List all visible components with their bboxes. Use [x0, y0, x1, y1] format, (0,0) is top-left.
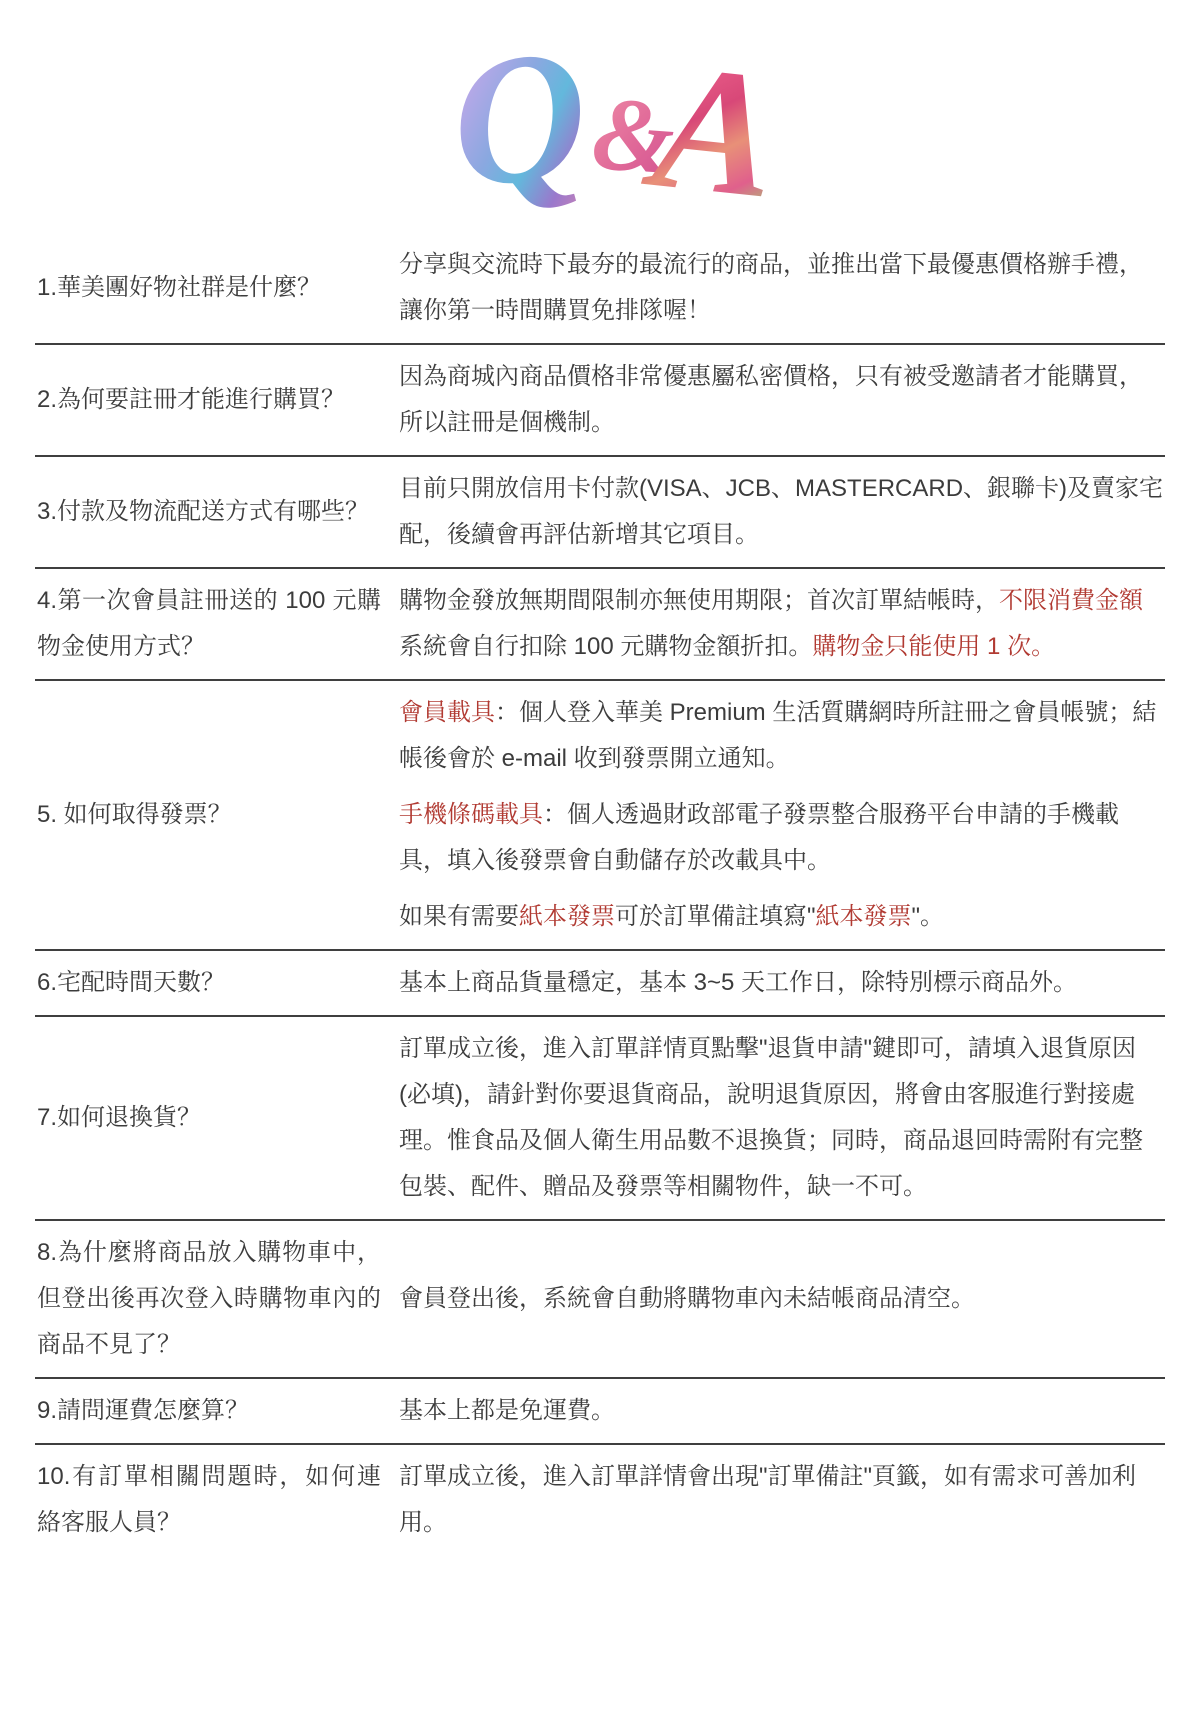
answer-text: ：個人登入華美 Premium 生活質購網時所註冊之會員帳號；結帳後會於 e-m… — [399, 699, 1156, 772]
faq-page: Q & A 1.華美團好物社群是什麼？分享與交流時下最夯的最流行的商品，並推出當… — [0, 0, 1200, 1732]
answer-red-text: 購物金只能使用 1 次。 — [812, 633, 1055, 660]
question-cell: 1.華美團好物社群是什麼？ — [35, 256, 395, 320]
answer-paragraph: 訂單成立後，進入訂單詳情頁點擊"退貨申請"鍵即可，請填入退貨原因(必填)，請針對… — [399, 1026, 1165, 1210]
answer-paragraph: 目前只開放信用卡付款(VISA、JCB、MASTERCARD、銀聯卡)及賣家宅配… — [399, 466, 1165, 558]
answer-text: 分享與交流時下最夯的最流行的商品，並推出當下最優惠價格辦手禮，讓你第一時間購買免… — [399, 251, 1143, 324]
logo-letter-q-icon: Q — [442, 22, 596, 222]
question-cell: 5. 如何取得發票？ — [35, 783, 395, 847]
qa-row: 10.有訂單相關問題時，如何連絡客服人員？訂單成立後，進入訂單詳情會出現"訂單備… — [35, 1445, 1165, 1555]
answer-paragraph: 購物金發放無期間限制亦無使用期限；首次訂單結帳時，不限消費金額系統會自行扣除 1… — [399, 578, 1165, 670]
qa-row: 2.為何要註冊才能進行購買？因為商城內商品價格非常優惠屬私密價格，只有被受邀請者… — [35, 345, 1165, 457]
question-cell: 2.為何要註冊才能進行購買？ — [35, 368, 395, 432]
answer-text: 系統會自行扣除 100 元購物金額折扣。 — [399, 633, 812, 660]
question-cell: 4.第一次會員註冊送的 100 元購物金使用方式？ — [35, 569, 395, 679]
answer-cell: 購物金發放無期間限制亦無使用期限；首次訂單結帳時，不限消費金額系統會自行扣除 1… — [395, 569, 1165, 679]
answer-cell: 訂單成立後，進入訂單詳情會出現"訂單備註"頁籤，如有需求可善加利用。 — [395, 1445, 1165, 1555]
answer-cell: 基本上都是免運費。 — [395, 1379, 1165, 1443]
qa-logo-image: Q & A — [435, 22, 765, 222]
qa-row: 5. 如何取得發票？會員載具：個人登入華美 Premium 生活質購網時所註冊之… — [35, 681, 1165, 951]
answer-cell: 會員登出後，系統會自動將購物車內未結帳商品清空。 — [395, 1267, 1165, 1331]
answer-cell: 因為商城內商品價格非常優惠屬私密價格，只有被受邀請者才能購買，所以註冊是個機制。 — [395, 345, 1165, 455]
answer-cell: 基本上商品貨量穩定，基本 3~5 天工作日，除特別標示商品外。 — [395, 951, 1165, 1015]
answer-paragraph: 分享與交流時下最夯的最流行的商品，並推出當下最優惠價格辦手禮，讓你第一時間購買免… — [399, 242, 1165, 334]
answer-cell: 分享與交流時下最夯的最流行的商品，並推出當下最優惠價格辦手禮，讓你第一時間購買免… — [395, 233, 1165, 343]
answer-red-text: 不限消費金額 — [999, 587, 1143, 614]
answer-text: 如果有需要 — [399, 903, 519, 930]
answer-text: 因為商城內商品價格非常優惠屬私密價格，只有被受邀請者才能購買，所以註冊是個機制。 — [399, 363, 1143, 436]
answer-paragraph: 會員登出後，系統會自動將購物車內未結帳商品清空。 — [399, 1276, 1165, 1322]
answer-cell: 目前只開放信用卡付款(VISA、JCB、MASTERCARD、銀聯卡)及賣家宅配… — [395, 457, 1165, 567]
answer-red-text: 手機條碼載具 — [399, 801, 543, 828]
answer-paragraph: 訂單成立後，進入訂單詳情會出現"訂單備註"頁籤，如有需求可善加利用。 — [399, 1454, 1165, 1546]
answer-text: 訂單成立後，進入訂單詳情頁點擊"退貨申請"鍵即可，請填入退貨原因(必填)，請針對… — [399, 1035, 1143, 1200]
answer-cell: 會員載具：個人登入華美 Premium 生活質購網時所註冊之會員帳號；結帳後會於… — [395, 681, 1165, 949]
answer-text: "。 — [912, 903, 945, 930]
answer-text: 基本上都是免運費。 — [399, 1397, 615, 1424]
answer-red-text: 紙本發票 — [816, 903, 912, 930]
answer-paragraph: 會員載具：個人登入華美 Premium 生活質購網時所註冊之會員帳號；結帳後會於… — [399, 690, 1165, 782]
answer-paragraph: 因為商城內商品價格非常優惠屬私密價格，只有被受邀請者才能購買，所以註冊是個機制。 — [399, 354, 1165, 446]
qa-row: 6.宅配時間天數？基本上商品貨量穩定，基本 3~5 天工作日，除特別標示商品外。 — [35, 951, 1165, 1017]
answer-paragraph: 基本上商品貨量穩定，基本 3~5 天工作日，除特別標示商品外。 — [399, 960, 1165, 1006]
answer-text: 購物金發放無期間限制亦無使用期限；首次訂單結帳時， — [399, 587, 999, 614]
answer-text: 可於訂單備註填寫" — [615, 903, 816, 930]
question-cell: 8.為什麼將商品放入購物車中，但登出後再次登入時購物車內的商品不見了？ — [35, 1221, 395, 1377]
answer-red-text: 紙本發票 — [519, 903, 615, 930]
question-cell: 6.宅配時間天數？ — [35, 951, 395, 1015]
question-cell: 3.付款及物流配送方式有哪些？ — [35, 480, 395, 544]
answer-cell: 訂單成立後，進入訂單詳情頁點擊"退貨申請"鍵即可，請填入退貨原因(必填)，請針對… — [395, 1017, 1165, 1219]
question-cell: 7.如何退換貨？ — [35, 1086, 395, 1150]
answer-text: 訂單成立後，進入訂單詳情會出現"訂單備註"頁籤，如有需求可善加利用。 — [399, 1463, 1136, 1536]
answer-paragraph: 如果有需要紙本發票可於訂單備註填寫"紙本發票"。 — [399, 894, 1165, 940]
qa-row: 9.請問運費怎麼算？基本上都是免運費。 — [35, 1379, 1165, 1445]
answer-text: 會員登出後，系統會自動將購物車內未結帳商品清空。 — [399, 1285, 975, 1312]
qa-logo: Q & A — [0, 0, 1200, 215]
answer-paragraph: 基本上都是免運費。 — [399, 1388, 1165, 1434]
qa-row: 7.如何退換貨？訂單成立後，進入訂單詳情頁點擊"退貨申請"鍵即可，請填入退貨原因… — [35, 1017, 1165, 1221]
answer-text: 基本上商品貨量穩定，基本 3~5 天工作日，除特別標示商品外。 — [399, 969, 1077, 996]
question-cell: 9.請問運費怎麼算？ — [35, 1379, 395, 1443]
answer-text: 目前只開放信用卡付款(VISA、JCB、MASTERCARD、銀聯卡)及賣家宅配… — [399, 475, 1163, 548]
qa-row: 4.第一次會員註冊送的 100 元購物金使用方式？購物金發放無期間限制亦無使用期… — [35, 569, 1165, 681]
qa-row: 3.付款及物流配送方式有哪些？目前只開放信用卡付款(VISA、JCB、MASTE… — [35, 457, 1165, 569]
question-cell: 10.有訂單相關問題時，如何連絡客服人員？ — [35, 1445, 395, 1555]
qa-row: 1.華美團好物社群是什麼？分享與交流時下最夯的最流行的商品，並推出當下最優惠價格… — [35, 233, 1165, 345]
qa-table: 1.華美團好物社群是什麼？分享與交流時下最夯的最流行的商品，並推出當下最優惠價格… — [35, 233, 1165, 1555]
answer-paragraph: 手機條碼載具：個人透過財政部電子發票整合服務平台申請的手機載具，填入後發票會自動… — [399, 792, 1165, 884]
qa-row: 8.為什麼將商品放入購物車中，但登出後再次登入時購物車內的商品不見了？會員登出後… — [35, 1221, 1165, 1379]
answer-red-text: 會員載具 — [399, 699, 495, 726]
